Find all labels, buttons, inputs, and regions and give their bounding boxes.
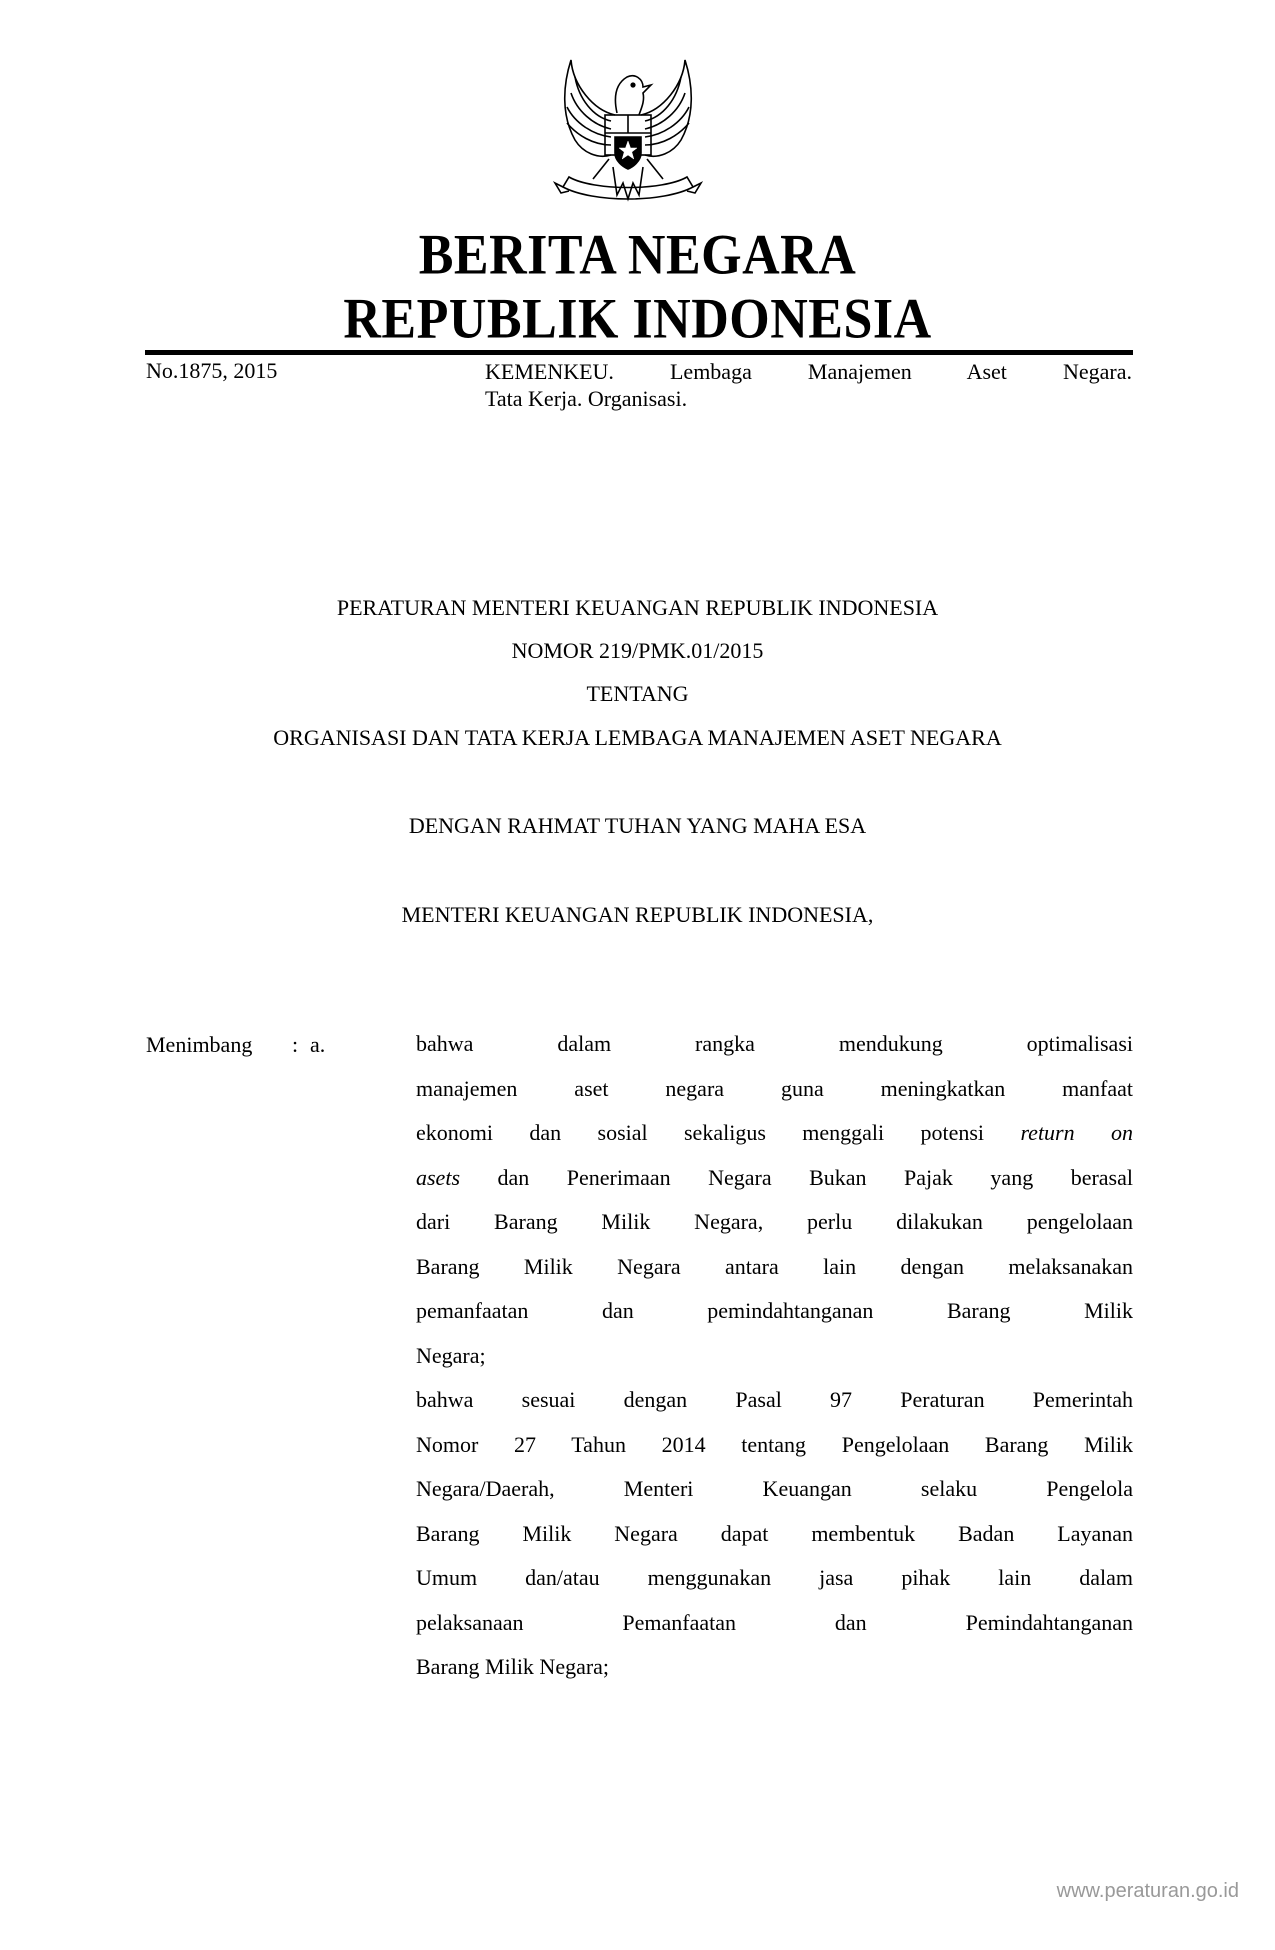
regulation-number: NOMOR 219/PMK.01/2015 (0, 638, 1275, 664)
gazette-title-line2: REPUBLIK INDONESIA (0, 287, 1275, 353)
item-b-line: Barang Milik Negara; (416, 1645, 1133, 1690)
gazette-subject: KEMENKEU. Lembaga Manajemen Aset Negara.… (485, 358, 1132, 412)
italic-term: return on (1020, 1120, 1133, 1145)
gazette-subject-line2: Tata Kerja. Organisasi. (485, 386, 687, 411)
considering-label: Menimbang (146, 1032, 252, 1058)
item-b-line: Barang Milik Negara dapat membentuk Bada… (416, 1512, 1133, 1557)
item-a-line: Negara; (416, 1334, 1133, 1379)
considering-colon: : (292, 1032, 298, 1058)
regulation-subject: ORGANISASI DAN TATA KERJA LEMBAGA MANAJE… (0, 725, 1275, 751)
italic-term: asets (416, 1165, 460, 1190)
item-a-line: asets dan Penerimaan Negara Bukan Pajak … (416, 1156, 1133, 1201)
item-a-line: dari Barang Milik Negara, perlu dilakuka… (416, 1200, 1133, 1245)
item-a-line-text: dan Penerimaan Negara Bukan Pajak yang b… (498, 1165, 1134, 1190)
gazette-subject-line1: KEMENKEU. Lembaga Manajemen Aset Negara. (485, 358, 1132, 385)
regulation-title: PERATURAN MENTERI KEUANGAN REPUBLIK INDO… (0, 595, 1275, 621)
item-a-letter: a. (310, 1032, 325, 1058)
item-a-line-text: ekonomi dan sosial sekaligus menggali po… (416, 1120, 1020, 1145)
item-b-line: bahwa sesuai dengan Pasal 97 Peraturan P… (416, 1378, 1133, 1423)
garuda-emblem-icon (553, 55, 703, 215)
regulation-about-label: TENTANG (0, 681, 1275, 707)
item-a-line: ekonomi dan sosial sekaligus menggali po… (416, 1111, 1133, 1156)
item-a-line: bahwa dalam rangka mendukung optimalisas… (416, 1022, 1133, 1067)
issuing-authority: MENTERI KEUANGAN REPUBLIK INDONESIA, (0, 902, 1275, 928)
gazette-title-line1: BERITA NEGARA (0, 223, 1275, 289)
item-a-line: pemanfaatan dan pemindahtanganan Barang … (416, 1289, 1133, 1334)
invocation: DENGAN RAHMAT TUHAN YANG MAHA ESA (0, 813, 1275, 839)
item-a-line: Barang Milik Negara antara lain dengan m… (416, 1245, 1133, 1290)
item-b-line: pelaksanaan Pemanfaatan dan Pemindahtang… (416, 1601, 1133, 1646)
gazette-number: No.1875, 2015 (146, 358, 277, 384)
item-b-line: Nomor 27 Tahun 2014 tentang Pengelolaan … (416, 1423, 1133, 1468)
item-b-line: Umum dan/atau menggunakan jasa pihak lai… (416, 1556, 1133, 1601)
header-divider (145, 350, 1133, 355)
item-b-line: Negara/Daerah, Menteri Keuangan selaku P… (416, 1467, 1133, 1512)
considering-item-b: bahwa sesuai dengan Pasal 97 Peraturan P… (416, 1378, 1133, 1690)
item-a-line: manajemen aset negara guna meningkatkan … (416, 1067, 1133, 1112)
website-watermark: www.peraturan.go.id (1057, 1880, 1239, 1903)
considering-item-a: bahwa dalam rangka mendukung optimalisas… (416, 1022, 1133, 1378)
